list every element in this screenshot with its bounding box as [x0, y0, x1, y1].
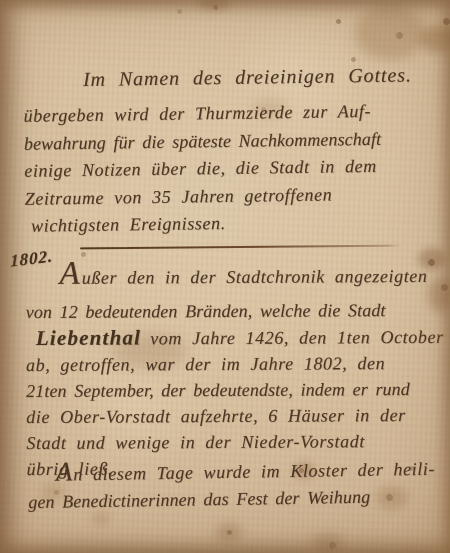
handwritten-line: Stadt und wenige in der Nieder-Vorstadt — [0, 428, 450, 456]
handwritten-line: wichtigsten Ereignissen. — [1, 207, 450, 241]
handwritten-line: Liebenthalvom Jahre 1426, den 1ten Octob… — [0, 323, 450, 352]
handwritten-line: Im Namen des dreieinigen Gottes. — [0, 59, 449, 97]
chronicle-entry-paragraph: Außer den in der Stadtchronik angezeigte… — [0, 255, 450, 482]
handwritten-line: Außer den in der Stadtchronik angezeigte… — [0, 255, 450, 295]
stain — [216, 523, 242, 542]
town-name: Liebenthal — [36, 325, 141, 350]
stain — [420, 25, 450, 53]
handwritten-line: die Ober-Vorstadt aufzehrte, 6 Häuser in… — [0, 402, 450, 430]
handwritten-line: ab, getroffen, war der im Jahre 1802, de… — [0, 350, 450, 378]
handwritten-line-rest: vom Jahre 1426, den 1ten October — [150, 327, 444, 349]
intro-paragraph: Im Namen des dreieinigen Gottes. übergeb… — [0, 59, 450, 241]
manuscript-page: Im Namen des dreieinigen Gottes. übergeb… — [0, 0, 450, 553]
handwritten-line: von 12 bedeutenden Bränden, welche die S… — [0, 297, 450, 325]
speck-cluster — [0, 0, 3, 3]
closing-paragraph: An diesem Tage wurde im Kloster der heil… — [0, 452, 450, 516]
handwritten-line: gen Benedictinerinnen das Fest der Weihu… — [0, 482, 450, 516]
handwritten-line: 21ten September, der bedeutendste, indem… — [0, 376, 450, 404]
stain — [355, 5, 425, 60]
divider-rule — [80, 245, 402, 250]
stain — [198, 0, 230, 10]
stain — [312, 533, 344, 552]
